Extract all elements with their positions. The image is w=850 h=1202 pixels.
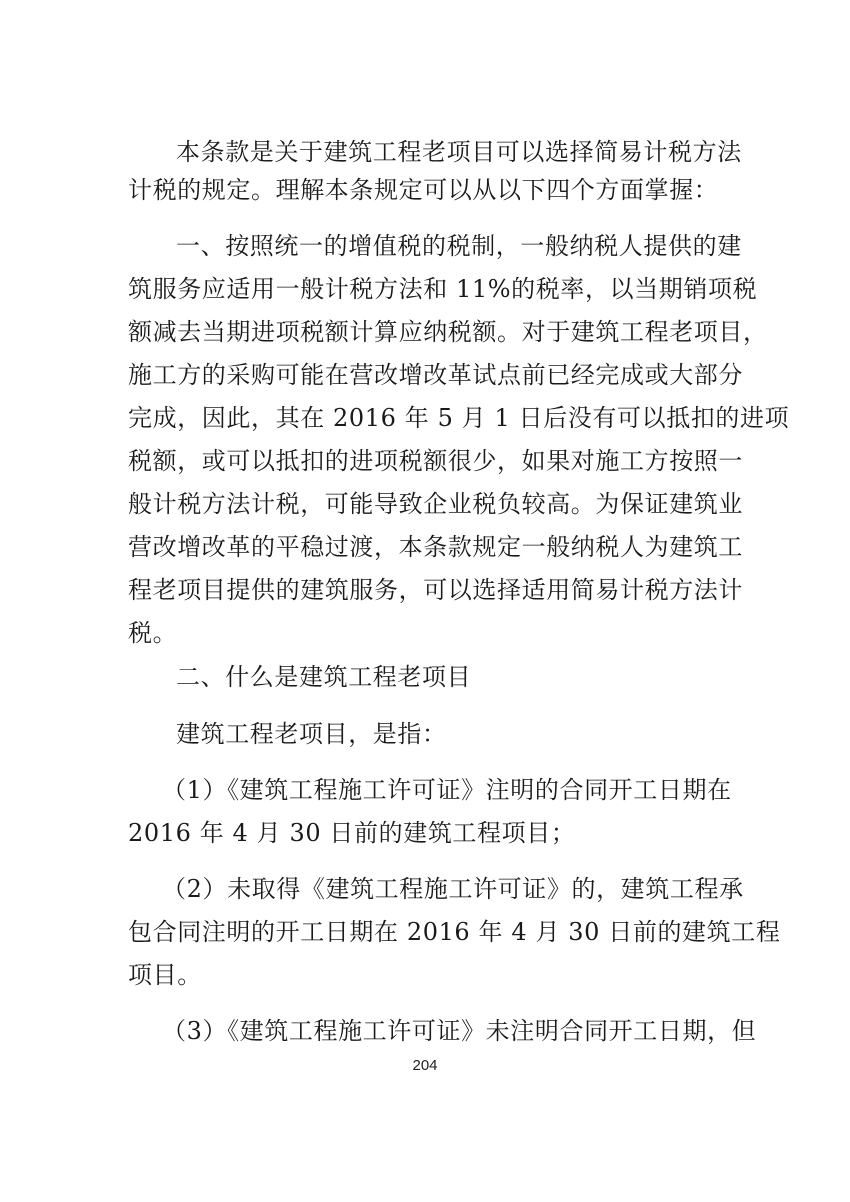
definition-lead: 建筑工程老项目，是指： [176, 719, 736, 749]
section-one-line-4: 施工方的采购可能在营改增改革试点前已经完成或大部分 [128, 360, 728, 390]
section-one-line-5: 完成，因此，其在 2016 年 5 月 1 日后没有可以抵扣的进项 [128, 403, 728, 433]
item-1-line-2: 2016 年 4 月 30 日前的建筑工程项目； [128, 818, 728, 848]
intro-line-2: 计税的规定。理解本条规定可以从以下四个方面掌握： [128, 175, 728, 205]
item-1-line-1: （1）《建筑工程施工许可证》注明的合同开工日期在 [162, 775, 736, 805]
section-one-line-10: 税。 [128, 618, 728, 648]
section-one-line-6: 税额，或可以抵扣的进项税额很少，如果对施工方按照一 [128, 446, 728, 476]
section-one-line-3: 额减去当期进项税额计算应纳税额。对于建筑工程老项目， [128, 317, 728, 347]
section-one-line-9: 程老项目提供的建筑服务，可以选择适用简易计税方法计 [128, 575, 728, 605]
section-one-line-2: 筑服务应适用一般计税方法和 11%的税率，以当期销项税 [128, 274, 728, 304]
section-one-line-8: 营改增改革的平稳过渡，本条款规定一般纳税人为建筑工 [128, 532, 728, 562]
section-one-line-1: 一、按照统一的增值税的税制，一般纳税人提供的建 [176, 231, 736, 261]
item-2-line-1: （2）未取得《建筑工程施工许可证》的，建筑工程承 [162, 874, 736, 904]
item-3-line-1: （3）《建筑工程施工许可证》未注明合同开工日期，但 [162, 1016, 736, 1046]
document-page: 本条款是关于建筑工程老项目可以选择简易计税方法 计税的规定。理解本条规定可以从以… [0, 0, 850, 1202]
section-one-line-7: 般计税方法计税，可能导致企业税负较高。为保证建筑业 [128, 489, 728, 519]
page-number: 204 [0, 1057, 850, 1074]
item-2-line-3: 项目。 [128, 960, 728, 990]
section-two-heading: 二、什么是建筑工程老项目 [176, 662, 736, 692]
intro-line-1: 本条款是关于建筑工程老项目可以选择简易计税方法 [176, 137, 736, 167]
item-2-line-2: 包合同注明的开工日期在 2016 年 4 月 30 日前的建筑工程 [128, 917, 728, 947]
